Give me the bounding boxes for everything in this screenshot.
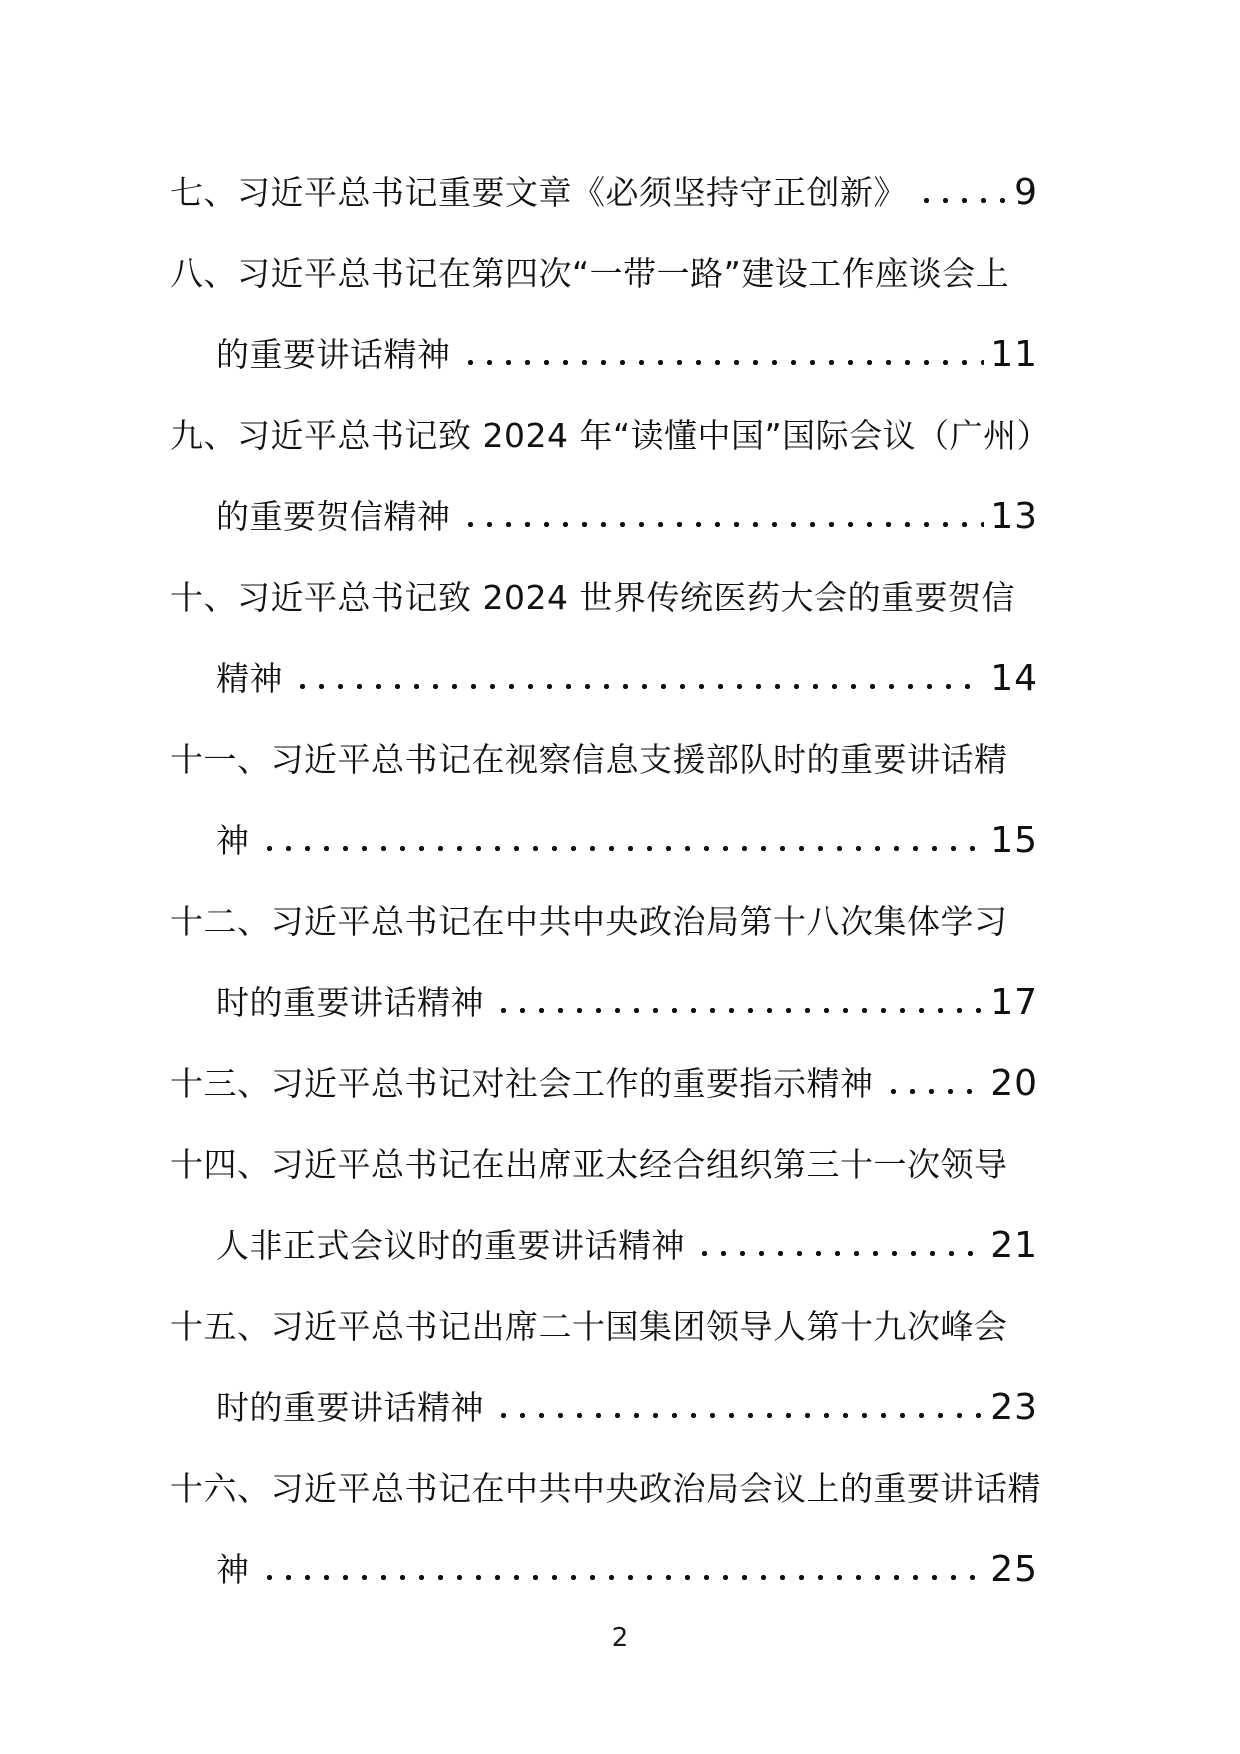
toc-line-text: 神 [216,1529,250,1610]
toc-line: 十二、习近平总书记在中共中央政治局第十八次集体学习 [170,881,1038,962]
dot-leader [917,197,1008,204]
toc-page-number: 17 [990,962,1038,1043]
dot-leader [494,1412,984,1419]
toc-line: 十五、习近平总书记出席二十国集团领导人第十九次峰会 [170,1286,1038,1367]
toc-line-text: 精神 [216,638,283,719]
toc-line-text: 时的重要讲话精神 [216,962,484,1043]
dot-leader [695,1250,984,1257]
toc-line: 八、习近平总书记在第四次“一带一路”建设工作座谈会上 [170,233,1038,314]
toc-line-text: 十一、习近平总书记在视察信息支援部队时的重要讲话精 [170,719,1008,800]
toc-page-number: 21 [990,1205,1038,1286]
toc-line: 十三、习近平总书记对社会工作的重要指示精神20 [170,1043,1038,1124]
document-page: 七、习近平总书记重要文章《必须坚持守正创新》9八、习近平总书记在第四次“一带一路… [0,0,1240,1754]
toc-line: 时的重要讲话精神17 [170,962,1038,1043]
toc-line-text: 十四、习近平总书记在出席亚太经合组织第三十一次领导 [170,1124,1008,1205]
dot-leader [884,1088,985,1095]
dot-leader [461,521,985,528]
toc-page-number: 9 [1014,152,1038,233]
toc-line: 的重要讲话精神11 [170,314,1038,395]
toc-line-text: 七、习近平总书记重要文章《必须坚持守正创新》 [170,152,907,233]
toc-line: 的重要贺信精神13 [170,476,1038,557]
dot-leader [260,845,985,852]
dot-leader [293,683,984,690]
toc-page-number: 14 [990,638,1038,719]
toc-line-text: 九、习近平总书记致 2024 年“读懂中国”国际会议（广州） [170,395,1050,476]
toc-line: 十、习近平总书记致 2024 世界传统医药大会的重要贺信 [170,557,1038,638]
toc-line-text: 的重要贺信精神 [216,476,451,557]
toc-line-text: 十二、习近平总书记在中共中央政治局第十八次集体学习 [170,881,1008,962]
toc-line-text: 十六、习近平总书记在中共中央政治局会议上的重要讲话精 [170,1448,1041,1529]
toc-line-text: 十五、习近平总书记出席二十国集团领导人第十九次峰会 [170,1286,1008,1367]
dot-leader [461,359,985,366]
toc-line: 人非正式会议时的重要讲话精神21 [170,1205,1038,1286]
toc-line: 十六、习近平总书记在中共中央政治局会议上的重要讲话精 [170,1448,1038,1529]
toc-line-text: 神 [216,800,250,881]
toc-line-text: 十三、习近平总书记对社会工作的重要指示精神 [170,1043,874,1124]
toc-line: 十一、习近平总书记在视察信息支援部队时的重要讲话精 [170,719,1038,800]
toc-line: 精神14 [170,638,1038,719]
toc-line: 神25 [170,1529,1038,1610]
page-footer-number: 2 [0,1608,1240,1668]
toc-line: 时的重要讲话精神23 [170,1367,1038,1448]
dot-leader [260,1574,985,1581]
toc-line-text: 时的重要讲话精神 [216,1367,484,1448]
toc-line-text: 人非正式会议时的重要讲话精神 [216,1205,685,1286]
toc-page-number: 23 [990,1367,1038,1448]
toc-line: 九、习近平总书记致 2024 年“读懂中国”国际会议（广州） [170,395,1038,476]
toc-line-text: 十、习近平总书记致 2024 世界传统医药大会的重要贺信 [170,557,1015,638]
toc-page-number: 25 [990,1529,1038,1610]
toc-page-number: 15 [990,800,1038,881]
toc-line: 神15 [170,800,1038,881]
toc-line: 七、习近平总书记重要文章《必须坚持守正创新》9 [170,152,1038,233]
dot-leader [494,1007,984,1014]
toc-page-number: 11 [990,314,1038,395]
toc-page-number: 20 [990,1043,1038,1124]
toc-line: 十四、习近平总书记在出席亚太经合组织第三十一次领导 [170,1124,1038,1205]
toc: 七、习近平总书记重要文章《必须坚持守正创新》9八、习近平总书记在第四次“一带一路… [170,152,1038,1610]
toc-page-number: 13 [990,476,1038,557]
toc-line-text: 八、习近平总书记在第四次“一带一路”建设工作座谈会上 [170,233,1009,314]
toc-line-text: 的重要讲话精神 [216,314,451,395]
